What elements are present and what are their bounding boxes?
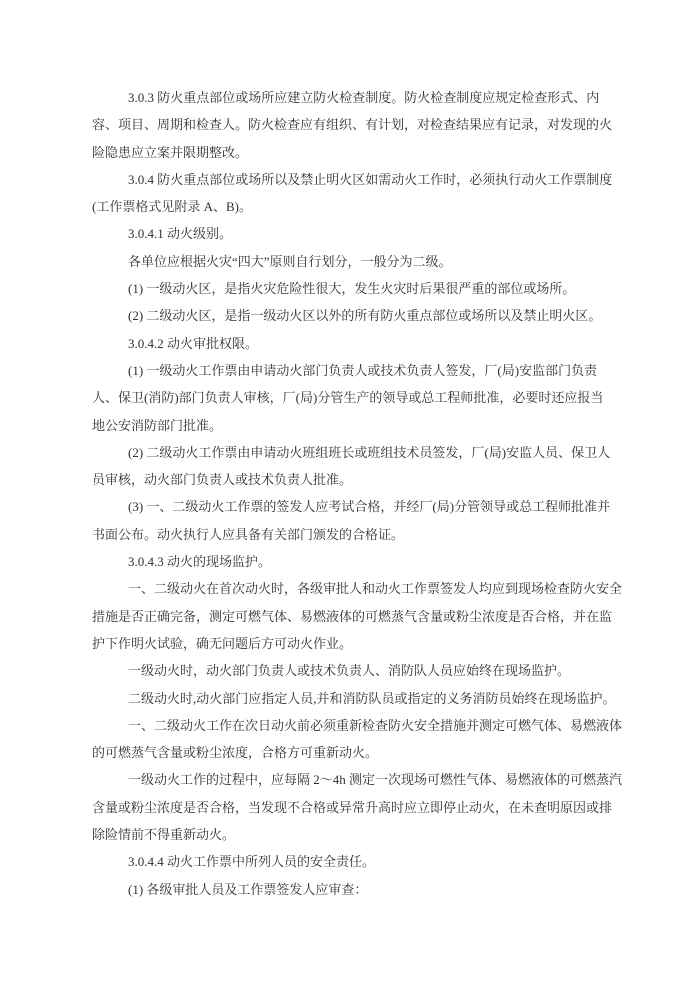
text-line: (2) 二级动火区，是指一级动火区以外的所有防火重点部位或场所以及禁止明火区。 [92,302,652,329]
text-line: 人、保卫(消防)部门负责人审核，厂(局)分管生产的领导或总工程师批准，必要时还应… [92,384,652,411]
text-line: 各单位应根据火灾“四大”原则自行划分，一般分为二级。 [92,248,652,275]
document-page: 3.0.3 防火重点部位或场所应建立防火检查制度。防火检查制度应规定检查形式、内… [0,0,700,989]
text-line: 措施是否正确完备，测定可燃气体、易燃液体的可燃蒸气含量或粉尘浓度是否合格，并在监 [92,603,652,630]
text-line: 含量或粉尘浓度是否合格，当发现不合格或异常升高时应立即停止动火，在未查明原因或排 [92,794,652,821]
text-line: (2) 二级动火工作票由申请动火班组班长或班组技术员签发，厂(局)安监人员、保卫… [92,439,652,466]
text-line: 3.0.4.2 动火审批权限。 [92,330,652,357]
text-line: (工作票格式见附录 A、B)。 [92,193,652,220]
text-line: 除险情前不得重新动火。 [92,821,652,848]
text-line: 护下作明火试验，确无问题后方可动火作业。 [92,630,652,657]
text-line: 3.0.4.3 动火的现场监护。 [92,548,652,575]
text-line: (1) 一级动火区，是指火灾危险性很大，发生火灾时后果很严重的部位或场所。 [92,275,652,302]
text-line: 3.0.4.1 动火级别。 [92,220,652,247]
text-line: (3) 一、二级动火工作票的签发人应考试合格，并经厂(局)分管领导或总工程师批准… [92,493,652,520]
text-line: 3.0.3 防火重点部位或场所应建立防火检查制度。防火检查制度应规定检查形式、内 [92,84,652,111]
text-line: 二级动火时,动火部门应指定人员,并和消防队员或指定的义务消防员始终在现场监护。 [92,685,652,712]
document-body: 3.0.3 防火重点部位或场所应建立防火检查制度。防火检查制度应规定检查形式、内… [92,84,652,903]
text-line: 地公安消防部门批准。 [92,412,652,439]
text-line: (1) 各级审批人员及工作票签发人应审查： [92,876,652,903]
text-line: 一级动火时，动火部门负责人或技术负责人、消防队人员应始终在现场监护。 [92,657,652,684]
text-line: 容、项目、周期和检查人。防火检查应有组织、有计划，对检查结果应有记录，对发现的火 [92,111,652,138]
text-line: 一、二级动火工作在次日动火前必须重新检查防火安全措施并测定可燃气体、易燃液体 [92,712,652,739]
text-line: 员审核，动火部门负责人或技术负责人批准。 [92,466,652,493]
text-line: (1) 一级动火工作票由申请动火部门负责人或技术负责人签发，厂(局)安监部门负责 [92,357,652,384]
text-line: 3.0.4.4 动火工作票中所列人员的安全责任。 [92,848,652,875]
text-line: 书面公布。动火执行人应具备有关部门颁发的合格证。 [92,521,652,548]
text-line: 一、二级动火在首次动火时，各级审批人和动火工作票签发人均应到现场检查防火安全 [92,575,652,602]
text-line: 的可燃蒸气含量或粉尘浓度，合格方可重新动火。 [92,739,652,766]
text-line: 险隐患应立案并限期整改。 [92,139,652,166]
text-line: 3.0.4 防火重点部位或场所以及禁止明火区如需动火工作时，必须执行动火工作票制… [92,166,652,193]
text-line: 一级动火工作的过程中，应每隔 2～4h 测定一次现场可燃性气体、易燃液体的可燃蒸… [92,766,652,793]
